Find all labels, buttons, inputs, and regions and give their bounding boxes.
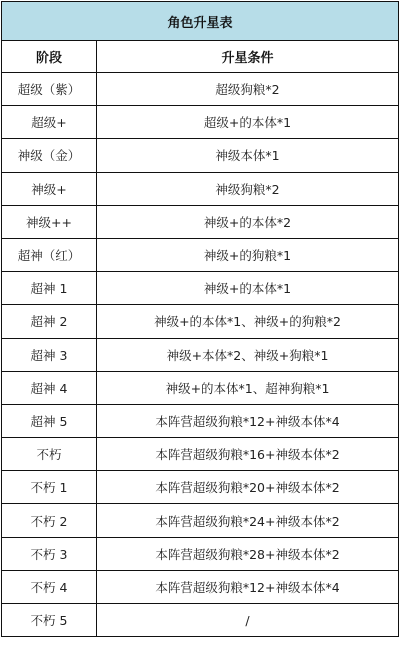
condition-cell: 神级+的本体*1: [97, 272, 399, 305]
table-row: 超神 2神级+的本体*1、神级+的狗粮*2: [2, 305, 399, 338]
stage-cell: 不朽 1: [2, 471, 97, 504]
stage-cell: 神级+: [2, 172, 97, 205]
condition-cell: 本阵营超级狗粮*12+神级本体*4: [97, 404, 399, 437]
table-row: 超神 3神级+本体*2、神级+狗粮*1: [2, 338, 399, 371]
stage-cell: 神级（金）: [2, 139, 97, 172]
stage-cell: 超神 4: [2, 371, 97, 404]
column-header-condition: 升星条件: [97, 41, 399, 73]
condition-cell: 神级+本体*2、神级+狗粮*1: [97, 338, 399, 371]
condition-cell: 神级狗粮*2: [97, 172, 399, 205]
condition-cell: 本阵营超级狗粮*24+神级本体*2: [97, 504, 399, 537]
stage-cell: 不朽 4: [2, 570, 97, 603]
stage-cell: 超神 3: [2, 338, 97, 371]
condition-cell: 神级+的本体*1、超神狗粮*1: [97, 371, 399, 404]
table-header-row: 阶段 升星条件: [2, 41, 399, 73]
table-row: 不朽 1本阵营超级狗粮*20+神级本体*2: [2, 471, 399, 504]
table-row: 超级（紫）超级狗粮*2: [2, 73, 399, 106]
star-upgrade-table: 角色升星表 阶段 升星条件 超级（紫）超级狗粮*2 超级+超级+的本体*1 神级…: [1, 1, 399, 637]
condition-cell: 本阵营超级狗粮*12+神级本体*4: [97, 570, 399, 603]
condition-cell: 本阵营超级狗粮*28+神级本体*2: [97, 537, 399, 570]
table-row: 不朽 3本阵营超级狗粮*28+神级本体*2: [2, 537, 399, 570]
table-row: 超神 1神级+的本体*1: [2, 272, 399, 305]
stage-cell: 不朽 2: [2, 504, 97, 537]
table-row: 超神 5本阵营超级狗粮*12+神级本体*4: [2, 404, 399, 437]
table-title: 角色升星表: [2, 2, 399, 41]
stage-cell: 不朽: [2, 438, 97, 471]
condition-cell: 本阵营超级狗粮*20+神级本体*2: [97, 471, 399, 504]
stage-cell: 神级++: [2, 205, 97, 238]
table-row: 超神 4神级+的本体*1、超神狗粮*1: [2, 371, 399, 404]
stage-cell: 超级（紫）: [2, 73, 97, 106]
condition-cell: 本阵营超级狗粮*16+神级本体*2: [97, 438, 399, 471]
table-row: 超级+超级+的本体*1: [2, 106, 399, 139]
stage-cell: 超神 2: [2, 305, 97, 338]
column-header-stage: 阶段: [2, 41, 97, 73]
table-row: 超神（红）神级+的狗粮*1: [2, 238, 399, 271]
table-row: 不朽本阵营超级狗粮*16+神级本体*2: [2, 438, 399, 471]
table-row: 不朽 2本阵营超级狗粮*24+神级本体*2: [2, 504, 399, 537]
condition-cell: 神级+的本体*2: [97, 205, 399, 238]
star-upgrade-table-container: 角色升星表 阶段 升星条件 超级（紫）超级狗粮*2 超级+超级+的本体*1 神级…: [1, 1, 398, 637]
stage-cell: 不朽 3: [2, 537, 97, 570]
table-row: 神级++神级+的本体*2: [2, 205, 399, 238]
condition-cell: 超级狗粮*2: [97, 73, 399, 106]
stage-cell: 超神（红）: [2, 238, 97, 271]
table-row: 不朽 4本阵营超级狗粮*12+神级本体*4: [2, 570, 399, 603]
table-title-row: 角色升星表: [2, 2, 399, 41]
condition-cell: 神级+的狗粮*1: [97, 238, 399, 271]
table-row: 神级+神级狗粮*2: [2, 172, 399, 205]
condition-cell: 神级本体*1: [97, 139, 399, 172]
stage-cell: 超级+: [2, 106, 97, 139]
condition-cell: /: [97, 604, 399, 637]
condition-cell: 神级+的本体*1、神级+的狗粮*2: [97, 305, 399, 338]
stage-cell: 超神 1: [2, 272, 97, 305]
stage-cell: 不朽 5: [2, 604, 97, 637]
condition-cell: 超级+的本体*1: [97, 106, 399, 139]
stage-cell: 超神 5: [2, 404, 97, 437]
table-row: 神级（金）神级本体*1: [2, 139, 399, 172]
table-row: 不朽 5/: [2, 604, 399, 637]
